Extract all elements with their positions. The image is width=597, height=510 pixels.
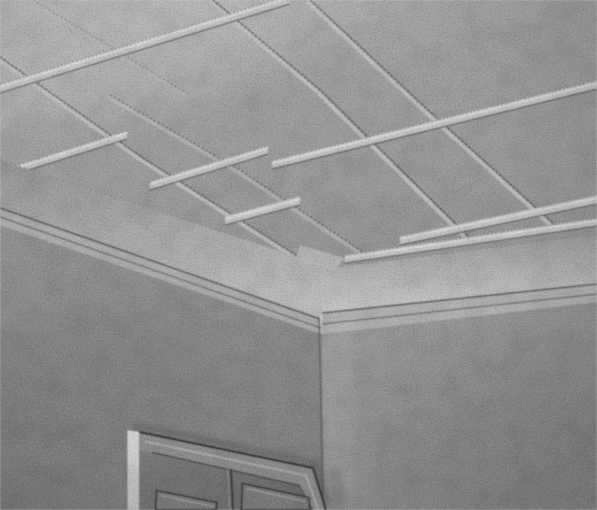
vignette-overlay bbox=[0, 0, 597, 510]
photo-canvas bbox=[0, 0, 597, 510]
room-photograph: Interior view looking up into the corner… bbox=[0, 0, 597, 510]
